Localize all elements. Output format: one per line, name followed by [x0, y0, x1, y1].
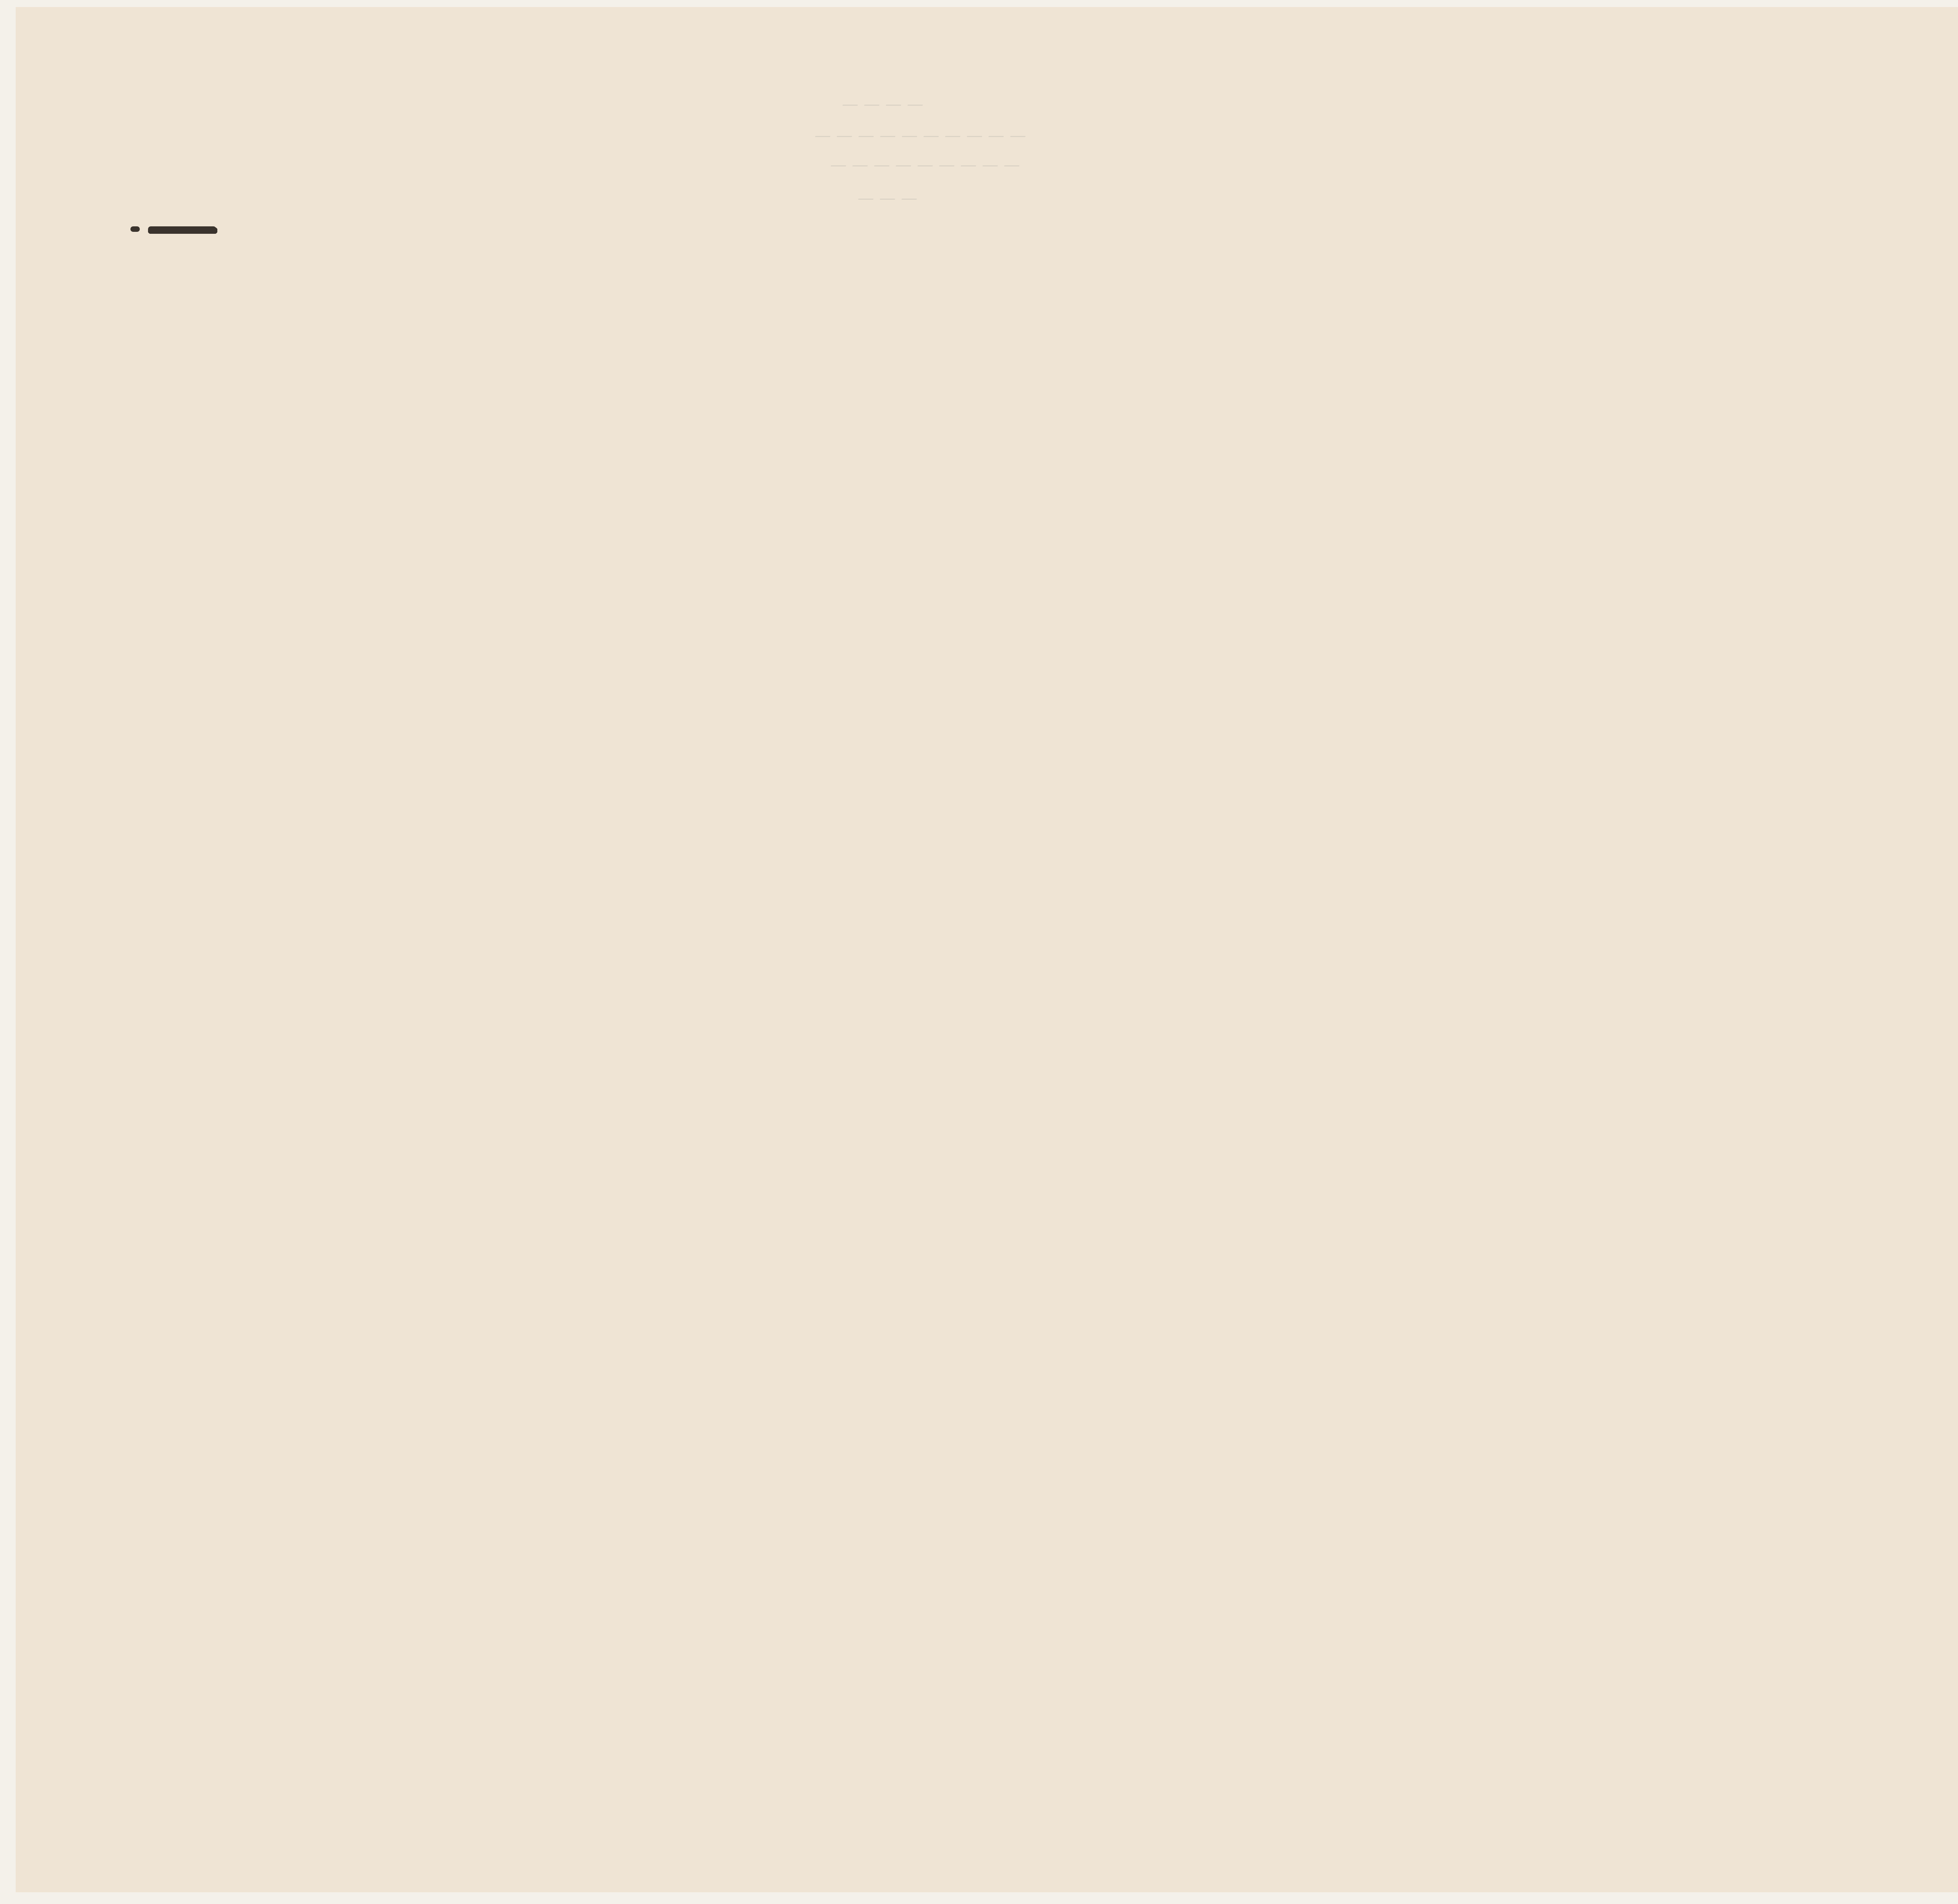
cadastral-map: — — — — — — — — — — — — — — — — — — — — … — [0, 0, 1958, 1904]
bleed-through-text: — — — — — — — — — — — — — — — — — — — — … — [815, 94, 1026, 208]
map-sheet: — — — — — — — — — — — — — — — — — — — — … — [0, 0, 1958, 1904]
svg-text:— — —: — — — — [858, 188, 918, 208]
svg-text:— — — — — — — — —: — — — — — — — — — — [830, 155, 1020, 174]
map-title — [133, 229, 215, 231]
svg-text:— — — —: — — — — — [842, 94, 923, 114]
svg-text:— — — — — — — — — —: — — — — — — — — — — — [815, 126, 1026, 145]
